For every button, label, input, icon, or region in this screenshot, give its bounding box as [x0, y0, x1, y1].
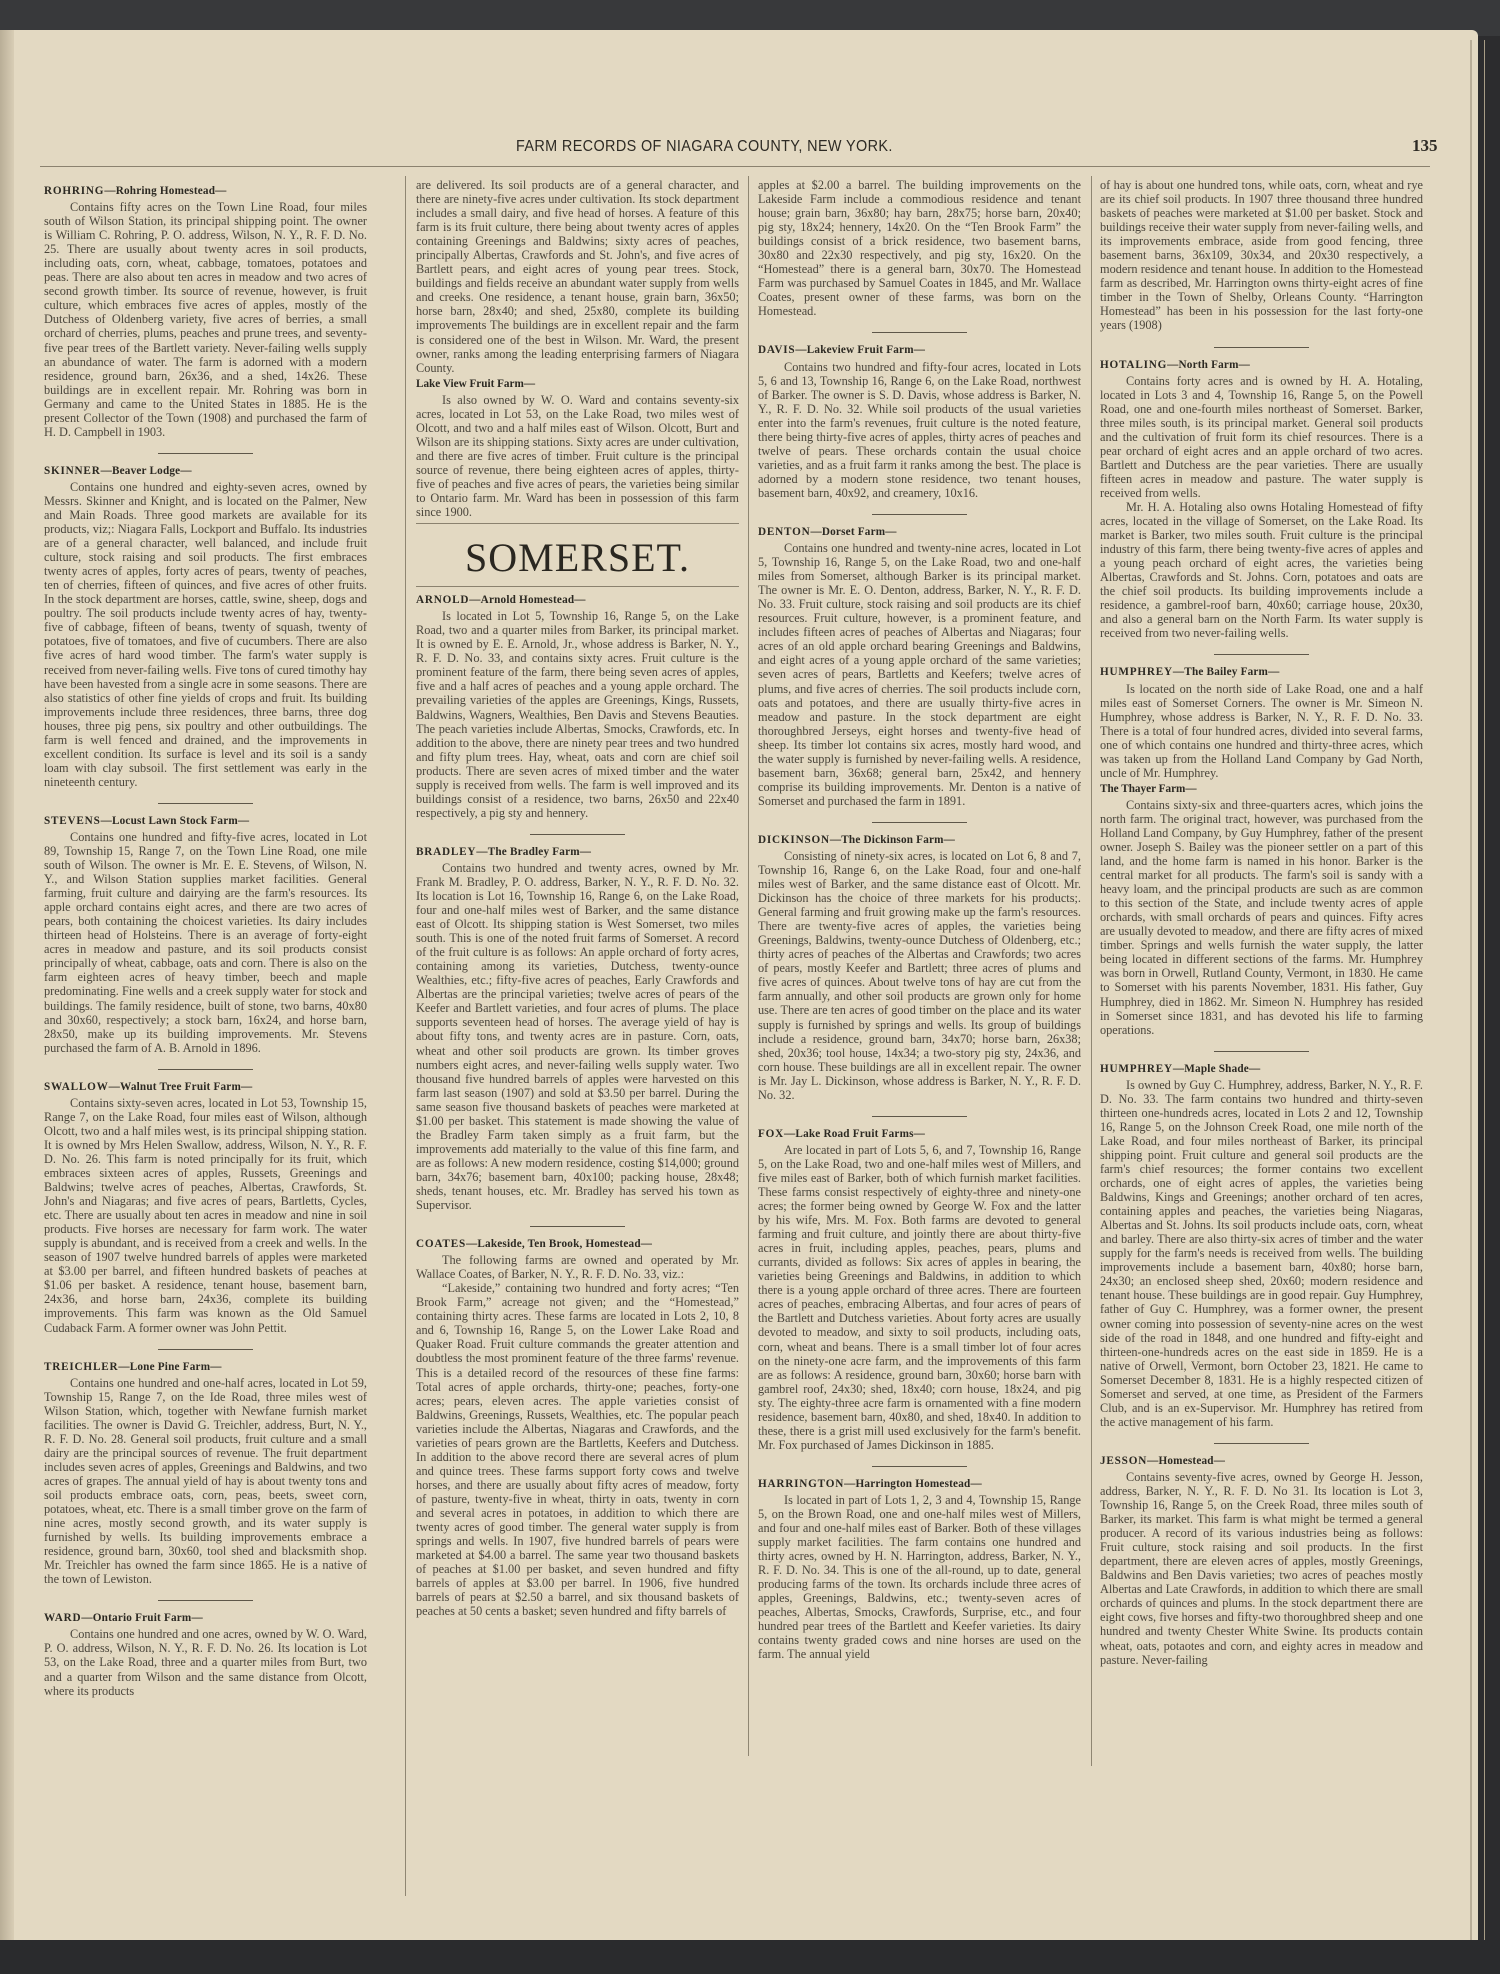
farm-name: —Walnut Tree Fruit Farm— — [109, 1081, 253, 1093]
entry-separator — [1214, 347, 1309, 348]
farm-name: —Beaver Lodge— — [101, 465, 192, 477]
owner-surname: HUMPHREY — [1100, 666, 1173, 678]
farm-name: —Arnold Homestead— — [469, 594, 585, 606]
farm-entry: HUMPHREY—The Bailey Farm—Is located on t… — [1100, 665, 1423, 1036]
entry-separator — [1214, 1051, 1309, 1052]
owner-surname: TREICHLER — [44, 1361, 118, 1373]
entry-paragraph: Contains two hundred and fifty-four acre… — [758, 360, 1081, 500]
entry-heading: COATES—Lakeside, Ten Brook, Homestead— — [416, 1237, 739, 1251]
owner-surname: JESSON — [1100, 1455, 1147, 1467]
entry-paragraph: Contains one hundred and twenty-nine acr… — [758, 541, 1081, 808]
entry-paragraph: Are located in part of Lots 5, 6, and 7,… — [758, 1143, 1081, 1452]
owner-surname: DAVIS — [758, 344, 795, 356]
farm-name: —Dorset Farm— — [810, 526, 896, 538]
entry-heading: DICKINSON—The Dickinson Farm— — [758, 833, 1081, 847]
owner-surname: HOTALING — [1100, 359, 1167, 371]
entry-paragraph: Contains seventy-five acres, owned by Ge… — [1100, 1470, 1423, 1667]
farm-entry: SWALLOW—Walnut Tree Fruit Farm—Contains … — [44, 1080, 367, 1335]
running-head: FARM RECORDS OF NIAGARA COUNTY, NEW YORK… — [0, 138, 1500, 158]
column-divider — [1091, 176, 1092, 1766]
entry-paragraph: Contains one hundred and one acres, owne… — [44, 1627, 367, 1697]
farm-name: —Homestead— — [1147, 1455, 1225, 1467]
entry-separator — [1214, 1443, 1309, 1444]
page-number: 135 — [1412, 136, 1438, 156]
entry-separator — [158, 453, 253, 454]
text-column-4: of hay is about one hundred tons, while … — [1100, 178, 1423, 1667]
continued-paragraph: are delivered. Its soil products are of … — [416, 178, 739, 375]
entry-separator — [530, 1226, 625, 1227]
entry-separator — [872, 514, 967, 515]
owner-surname: ROHRING — [44, 185, 104, 197]
farm-entry: FOX—Lake Road Fruit Farms—Are located in… — [758, 1127, 1081, 1452]
owner-surname: DENTON — [758, 526, 810, 538]
entry-paragraph: Is located in part of Lots 1, 2, 3 and 4… — [758, 1493, 1081, 1662]
farm-entry: DAVIS—Lakeview Fruit Farm—Contains two h… — [758, 343, 1081, 500]
entry-heading: SKINNER—Beaver Lodge— — [44, 464, 367, 478]
page-gutter — [0, 30, 14, 1942]
text-column-1: ROHRING—Rohring Homestead—Contains fifty… — [44, 178, 367, 1698]
farm-name: —Rohring Homestead— — [104, 185, 226, 197]
entry-paragraph: Is owned by Guy C. Humphrey, address, Ba… — [1100, 1078, 1423, 1429]
text-column-2: are delivered. Its soil products are of … — [416, 178, 739, 1618]
farm-entry: HARRINGTON—Harrington Homestead—Is locat… — [758, 1477, 1081, 1662]
entry-heading: ARNOLD—Arnold Homestead— — [416, 593, 739, 607]
entry-heading: FOX—Lake Road Fruit Farms— — [758, 1127, 1081, 1141]
text-column-3: apples at $2.00 a barrel. The building i… — [758, 178, 1081, 1662]
farm-name: —Lone Pine Farm— — [118, 1361, 221, 1373]
subentry-paragraph: Contains sixty-six and three-quarters ac… — [1100, 798, 1423, 1037]
column-divider — [748, 176, 749, 1756]
farm-name: —Lake Road Fruit Farms— — [784, 1128, 925, 1140]
column-divider — [405, 176, 406, 1896]
farm-entry: SKINNER—Beaver Lodge—Contains one hundre… — [44, 464, 367, 789]
farm-entry: ARNOLD—Arnold Homestead—Is located in Lo… — [416, 593, 739, 820]
page-edge-rule — [1470, 40, 1472, 1940]
farm-name: —Harrington Homestead— — [844, 1478, 982, 1490]
entry-paragraph: Contains one hundred and one-half acres,… — [44, 1376, 367, 1587]
entry-heading: SWALLOW—Walnut Tree Fruit Farm— — [44, 1080, 367, 1094]
entry-separator — [872, 332, 967, 333]
header-rule — [40, 166, 1430, 167]
farm-entry: TREICHLER—Lone Pine Farm—Contains one hu… — [44, 1360, 367, 1587]
entry-separator — [158, 803, 253, 804]
entry-paragraph: Consisting of ninety-six acres, is locat… — [758, 849, 1081, 1102]
entry-heading: HOTALING—North Farm— — [1100, 358, 1423, 372]
owner-surname: BRADLEY — [416, 846, 476, 858]
owner-surname: HUMPHREY — [1100, 1063, 1173, 1075]
farm-entry: STEVENS—Locust Lawn Stock Farm—Contains … — [44, 814, 367, 1055]
owner-surname: STEVENS — [44, 815, 101, 827]
farm-entry: JESSON—Homestead—Contains seventy-five a… — [1100, 1454, 1423, 1667]
farm-name: —Lakeside, Ten Brook, Homestead— — [466, 1238, 652, 1250]
farm-name: —Ontario Fruit Farm— — [81, 1612, 202, 1624]
entry-separator — [158, 1349, 253, 1350]
entry-heading: STEVENS—Locust Lawn Stock Farm— — [44, 814, 367, 828]
owner-surname: SKINNER — [44, 465, 101, 477]
farm-entry: DENTON—Dorset Farm—Contains one hundred … — [758, 525, 1081, 808]
book-binding-bottom — [0, 1940, 1500, 1974]
entry-heading: DENTON—Dorset Farm— — [758, 525, 1081, 539]
owner-surname: HARRINGTON — [758, 1478, 844, 1490]
entry-paragraph: “Lakeside,” containing two hundred and f… — [416, 1281, 739, 1618]
entry-heading: BRADLEY—The Bradley Farm— — [416, 845, 739, 859]
entry-separator — [158, 1069, 253, 1070]
entry-paragraph: The following farms are owned and operat… — [416, 1253, 739, 1281]
entry-separator — [872, 1466, 967, 1467]
subentry-paragraph: Is also owned by W. O. Ward and contains… — [416, 393, 739, 519]
farm-name: —North Farm— — [1167, 359, 1250, 371]
farm-entry: DICKINSON—The Dickinson Farm—Consisting … — [758, 833, 1081, 1102]
owner-surname: WARD — [44, 1612, 81, 1624]
entry-paragraph: Contains sixty-seven acres, located in L… — [44, 1096, 367, 1335]
entry-heading: HARRINGTON—Harrington Homestead— — [758, 1477, 1081, 1491]
entry-heading: TREICHLER—Lone Pine Farm— — [44, 1360, 367, 1374]
farm-entry: HUMPHREY—Maple Shade—Is owned by Guy C. … — [1100, 1062, 1423, 1429]
entry-separator — [872, 1116, 967, 1117]
entry-heading: DAVIS—Lakeview Fruit Farm— — [758, 343, 1081, 357]
subentry-heading: Lake View Fruit Farm— — [416, 377, 739, 391]
entry-paragraph: Contains one hundred and fifty-five acre… — [44, 830, 367, 1055]
entry-separator — [872, 822, 967, 823]
farm-entry: COATES—Lakeside, Ten Brook, Homestead—Th… — [416, 1237, 739, 1618]
subentry-heading: The Thayer Farm— — [1100, 782, 1423, 796]
owner-surname: ARNOLD — [416, 594, 469, 606]
entry-heading: HUMPHREY—The Bailey Farm— — [1100, 665, 1423, 679]
section-rule — [416, 586, 739, 587]
entry-separator — [1214, 654, 1309, 655]
entry-separator — [530, 834, 625, 835]
entry-separator — [158, 1600, 253, 1601]
owner-surname: FOX — [758, 1128, 784, 1140]
farm-name: —Lakeview Fruit Farm— — [795, 344, 925, 356]
farm-entry: WARD—Ontario Fruit Farm—Contains one hun… — [44, 1611, 367, 1697]
farm-name: —Maple Shade— — [1173, 1063, 1260, 1075]
farm-name: —Locust Lawn Stock Farm— — [101, 815, 250, 827]
entry-heading: WARD—Ontario Fruit Farm— — [44, 1611, 367, 1625]
entry-paragraph: Contains two hundred and twenty acres, o… — [416, 861, 739, 1212]
farm-entry: HOTALING—North Farm—Contains forty acres… — [1100, 358, 1423, 641]
entry-paragraph: Is located in Lot 5, Township 16, Range … — [416, 609, 739, 820]
entry-heading: JESSON—Homestead— — [1100, 1454, 1423, 1468]
owner-surname: COATES — [416, 1238, 466, 1250]
entry-paragraph: Contains forty acres and is owned by H. … — [1100, 374, 1423, 500]
entry-paragraph: Is located on the north side of Lake Roa… — [1100, 682, 1423, 780]
page-edge-rule — [1484, 40, 1485, 1940]
entry-paragraph: Contains one hundred and eighty-seven ac… — [44, 480, 367, 789]
continued-paragraph: apples at $2.00 a barrel. The building i… — [758, 178, 1081, 318]
entry-paragraph: Mr. H. A. Hotaling also owns Hotaling Ho… — [1100, 500, 1423, 640]
farm-name: —The Bailey Farm— — [1173, 666, 1280, 678]
farm-name: —The Bradley Farm— — [476, 846, 591, 858]
section-title: SOMERSET. — [416, 536, 739, 580]
entry-paragraph: Contains fifty acres on the Town Line Ro… — [44, 200, 367, 439]
entry-heading: HUMPHREY—Maple Shade— — [1100, 1062, 1423, 1076]
entry-heading: ROHRING—Rohring Homestead— — [44, 184, 367, 198]
section-rule — [416, 523, 739, 524]
continued-paragraph: of hay is about one hundred tons, while … — [1100, 178, 1423, 333]
farm-name: —The Dickinson Farm— — [830, 834, 955, 846]
owner-surname: DICKINSON — [758, 834, 830, 846]
owner-surname: SWALLOW — [44, 1081, 109, 1093]
farm-entry: BRADLEY—The Bradley Farm—Contains two hu… — [416, 845, 739, 1212]
farm-entry: ROHRING—Rohring Homestead—Contains fifty… — [44, 184, 367, 439]
running-head-title: FARM RECORDS OF NIAGARA COUNTY, NEW YORK… — [516, 138, 893, 156]
